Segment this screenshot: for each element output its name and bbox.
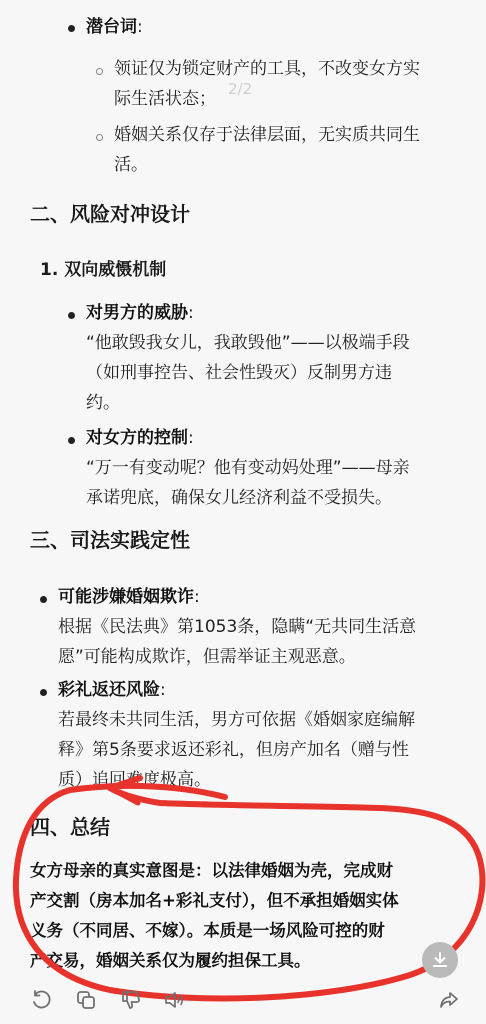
page-watermark: 2/2 (228, 80, 252, 98)
item-control-line-2: 承诺兜底，确保女儿经济利益不受损失。 (86, 483, 392, 513)
copy-button[interactable] (72, 986, 100, 1014)
sub-item-1-line-1: 领证仅为锁定财产的工具，不改变女方实 (114, 54, 420, 84)
scroll-to-bottom-button[interactable] (422, 942, 458, 978)
regenerate-icon (30, 989, 52, 1011)
item-threat-title: 对男方的威胁: (86, 298, 194, 328)
sub-item-2-line-1: 婚姻关系仅存于法律层面，无实质共同生 (114, 120, 420, 150)
section-heading-risk-hedging: 二、风险对冲设计 (30, 200, 190, 228)
thumbs-down-button[interactable] (117, 986, 145, 1014)
bullet-dot (40, 596, 47, 603)
item-brideprice-line-2: 释》第5条要求返还彩礼，但房产加名（赠与性 (58, 735, 409, 765)
item-control-title: 对女方的控制: (86, 423, 194, 453)
section-heading-summary: 四、总结 (30, 813, 110, 841)
chat-response: 潜台词: 领证仅为锁定财产的工具，不改变女方实 际生活状态； 2/2 婚姻关系仅… (0, 0, 486, 1024)
bullet-title-subtext: 潜台词: (86, 12, 143, 42)
item-threat-line-1: “他敢毁我女儿，我敢毁他”——以极端手段 (86, 328, 410, 358)
summary-line-4: 产交易，婚姻关系仅为履约担保工具。 (30, 946, 311, 976)
share-button[interactable] (435, 986, 463, 1014)
arrow-down-icon (431, 951, 449, 969)
item-control-line-1: “万一有变动呢？他有变动妈处理”——母亲 (86, 453, 410, 483)
sub-bullet-ring (96, 68, 103, 75)
bullet-dot (68, 25, 75, 32)
bullet-dot (68, 312, 75, 319)
item-threat-line-3: 约。 (86, 388, 120, 418)
bullet-dot (40, 689, 47, 696)
sub-item-2-line-2: 活。 (114, 150, 148, 180)
thumbs-down-icon (120, 989, 142, 1011)
item-brideprice-line-3: 质）追回难度极高。 (58, 765, 211, 795)
regenerate-button[interactable] (27, 986, 55, 1014)
bullet-dot (68, 437, 75, 444)
item-threat-line-2: （如刑事控告、社会性毁灭）反制男方违 (86, 358, 392, 388)
copy-icon (75, 989, 97, 1011)
summary-line-2: 产交割（房本加名+彩礼支付），但不承担婚姻实体 (30, 886, 399, 916)
item-brideprice-title: 彩礼返还风险: (58, 675, 166, 705)
item-fraud-title: 可能涉嫌婚姻欺诈: (58, 582, 200, 612)
read-aloud-button[interactable] (161, 986, 189, 1014)
share-icon (438, 989, 460, 1011)
item-fraud-line-2: 愿”可能构成欺诈，但需举证主观恶意。 (58, 642, 356, 672)
summary-line-3: 义务（不同居、不嫁）。本质是一场风险可控的财 (30, 916, 385, 946)
sub-bullet-ring (96, 134, 103, 141)
sub-item-1-line-2: 际生活状态； (114, 84, 216, 114)
subheading-deterrence: 1. 双向威慑机制 (40, 256, 166, 284)
item-fraud-line-1: 根据《民法典》第1053条，隐瞒“无共同生活意 (58, 612, 416, 642)
item-brideprice-line-1: 若最终未共同生活，男方可依据《婚姻家庭编解 (58, 705, 415, 735)
summary-line-1: 女方母亲的真实意图是：以法律婚姻为壳，完成财 (30, 856, 393, 886)
speaker-icon (163, 989, 187, 1011)
section-heading-judicial: 三、司法实践定性 (30, 526, 190, 554)
